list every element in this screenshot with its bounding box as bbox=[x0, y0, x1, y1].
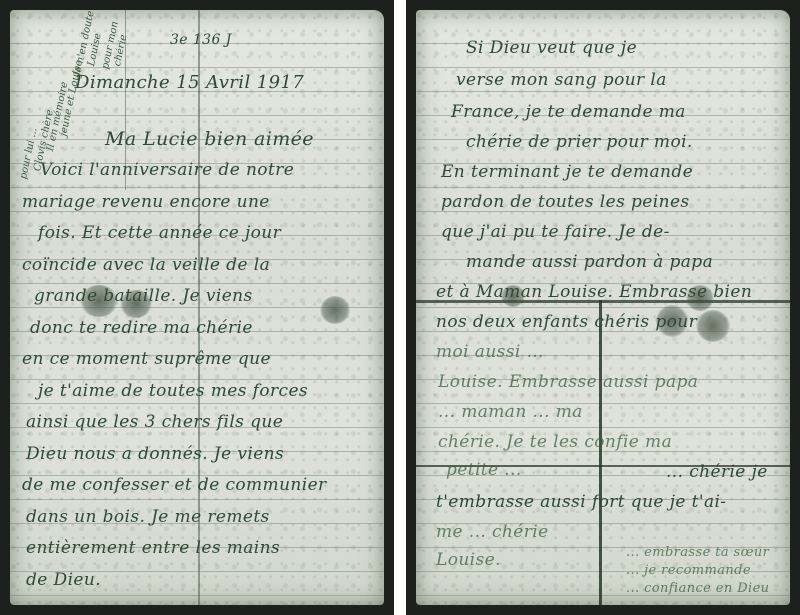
letter-line: et à Maman Louise. Embrasse bien bbox=[436, 282, 752, 302]
letter-line: Voici l'anniversaire de notre bbox=[40, 160, 294, 180]
letter-line: ainsi que les 3 chers fils que bbox=[26, 412, 283, 432]
letter-line: me ... chérie bbox=[436, 522, 549, 542]
letter-line: nos deux enfants chéris pour bbox=[436, 312, 697, 332]
letter-line: que j'ai pu te faire. Je de- bbox=[441, 222, 670, 242]
letter-line: Louise. bbox=[436, 550, 501, 570]
letter-line: En terminant je te demande bbox=[441, 162, 693, 182]
letter-line: de Dieu. bbox=[26, 570, 101, 590]
letter-line: je t'aime de toutes mes forces bbox=[38, 381, 308, 401]
letter-line: fois. Et cette année ce jour bbox=[38, 223, 281, 243]
letter-line: entièrement entre les mains bbox=[26, 538, 280, 558]
letter-line: chérie de prier pour moi. bbox=[466, 132, 693, 152]
letter-line: coïncide avec la veille de la bbox=[22, 255, 270, 275]
ink-stain bbox=[320, 296, 350, 324]
paper-sheet: Si Dieu veut que jeverse mon sang pour l… bbox=[416, 10, 790, 605]
letter-line: mande aussi pardon à papa bbox=[466, 252, 713, 272]
letter-line: France, je te demande ma bbox=[451, 102, 686, 122]
letter-line: moi aussi ... bbox=[436, 342, 544, 362]
letter-line: ... chérie je bbox=[666, 462, 768, 482]
letter-line: mariage revenu encore une bbox=[22, 192, 270, 212]
letter-line: en ce moment suprême que bbox=[22, 349, 271, 369]
letter-line: chérie. Je te les confie ma bbox=[438, 432, 672, 452]
letter-line: ... maman ... ma bbox=[438, 402, 583, 422]
letter-line: Dieu nous a donnés. Je viens bbox=[26, 444, 284, 464]
letter-line: donc te redire ma chérie bbox=[30, 318, 253, 338]
letter-line: Si Dieu veut que je bbox=[466, 38, 637, 58]
letter-line: verse mon sang pour la bbox=[456, 70, 667, 90]
letter-line: t'embrasse aussi fort que je t'ai- bbox=[436, 492, 726, 512]
letter-page-right: Si Dieu veut que jeverse mon sang pour l… bbox=[406, 0, 800, 615]
letter-line: Louise. Embrasse aussi papa bbox=[438, 372, 698, 392]
date-line: Dimanche 15 Avril 1917 bbox=[75, 72, 304, 93]
reference-number: 3e 136 J bbox=[170, 32, 232, 48]
letter-line: ... embrasse ta sœur bbox=[626, 545, 769, 560]
paper-sheet: pour lui ... Clovis chère Il en mémoire … bbox=[10, 10, 384, 605]
letter-line: grande bataille. Je viens bbox=[34, 286, 253, 306]
ruled-lines bbox=[416, 10, 790, 605]
salutation: Ma Lucie bien aimée bbox=[105, 128, 314, 150]
fold-line-vertical bbox=[599, 300, 602, 605]
letter-line: de me confesser et de communier bbox=[22, 475, 327, 495]
letter-line: petite ... bbox=[446, 460, 522, 480]
letter-line: ... confiance en Dieu bbox=[626, 581, 769, 596]
letter-line: pardon de toutes les peines bbox=[441, 192, 690, 212]
letter-page-left: pour lui ... Clovis chère Il en mémoire … bbox=[0, 0, 394, 615]
letter-line: ... je recommande bbox=[626, 563, 751, 578]
letter-line: dans un bois. Je me remets bbox=[26, 507, 270, 527]
ink-stain bbox=[696, 310, 730, 342]
